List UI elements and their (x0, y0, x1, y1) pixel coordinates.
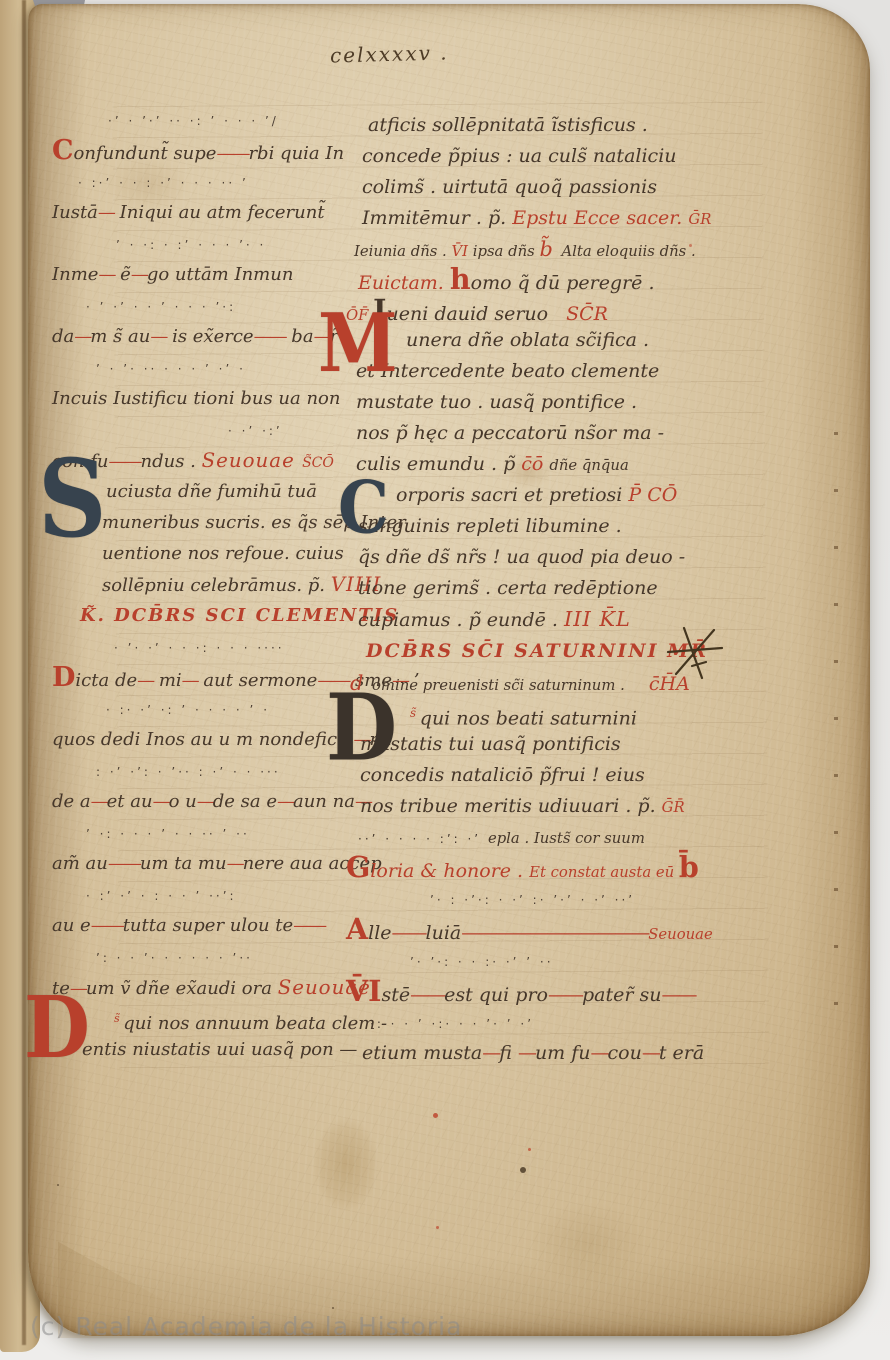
neume-line: · :’ ·’ · : · · ’ ··’: (52, 879, 382, 910)
body-text: mustate tuo . uasq̃ pontifice . (356, 391, 637, 413)
neume-glyphs: · ’· ·’ · · ·: · · · ···· (114, 641, 285, 655)
body-text: de a (52, 791, 91, 812)
text-line: concede p̃pius : ua culs̃ nataliciu (346, 141, 696, 172)
text-line: culis emundu . p̃ c̄ō dñe q̄nq̄ua (346, 449, 696, 480)
rubric-text: — (277, 791, 293, 812)
text-line: de a—et au—o u—de sa e—aun na— (52, 786, 382, 817)
neume-line: ’ ·: · · · ’ · · ·· ’ ·· (52, 817, 382, 848)
text-line: te—um ṽ dñe ex̃audi ora Seuouae (52, 972, 382, 1003)
body-text: Incuis Iustificu tioni bus ua non (52, 388, 340, 409)
body-text: am̃ au (52, 853, 108, 874)
rubric-text: SC̄R (566, 303, 608, 325)
body-text: dñe q̄nq̄ua (549, 457, 628, 474)
body-text: icta de (75, 670, 137, 691)
rubric-text: — (182, 670, 198, 691)
rubric-text: ḠR̄ (662, 799, 685, 816)
illuminated-initial-C: C (338, 479, 389, 540)
body-text: ··’ · · · · :’: ·’ (358, 832, 488, 846)
text-line: atficis sollēpnitatā ĩstisficus . (346, 110, 696, 141)
text-line: mustatis tui uasq̃ pontificis (346, 729, 696, 760)
text-line: orporis sacri et pretiosi P̄ CŌ (346, 480, 696, 511)
body-text: q̃s dñe ds̃ nr̃s ! ua quod pia deuo - (358, 546, 685, 568)
rubric-text: Seuouae (648, 926, 713, 943)
body-text: Alta eloquiis dñs . (561, 243, 695, 260)
body-text: ba (286, 326, 314, 347)
body-text: cou (608, 1042, 642, 1064)
text-line: Gloria & honore . Et constat austa eū b… (346, 852, 696, 883)
rubric-text: — (131, 264, 147, 285)
rubric-text: Seuouae (202, 449, 302, 472)
body-text: uentione nos refoue. cuius (102, 543, 344, 564)
copyright-watermark: (c) Real Academia de la Historia (30, 1312, 462, 1341)
body-text: ipsa dñs (473, 243, 540, 260)
body-text: mi (153, 670, 182, 691)
text-line: DCB̄RS SC̄I SATURNINI MR̄ (346, 635, 696, 668)
body-text: um fu (535, 1042, 591, 1064)
text-column-left: ·’ · ’·’ ·· ·: ’ · · · ’/Confundunt̃ sup… (52, 104, 382, 1065)
rubric-text: —— (91, 915, 123, 936)
body-text: is ex̃erce (166, 326, 253, 347)
neume-glyphs: ’· ’·: · · :· ·’ ’ ·· (410, 955, 554, 969)
text-line: am̃ au——um ta mu—nere aua accep (52, 848, 382, 879)
neume-glyphs: · ’ ·’ · · ’ · · · ’·: (86, 300, 236, 314)
text-line: ŌF̄ Iueni dauid seruoSC̄R (346, 295, 696, 325)
rubric-text: A (346, 912, 368, 946)
rubric-text: —— (548, 984, 582, 1006)
rubric-text: s̃ (114, 1012, 123, 1025)
text-line: s̃ qui nos beati saturnini (346, 698, 696, 729)
body-text: et Intercedente beato clemente (356, 360, 659, 382)
body-text: colims̃ . uirtutā quoq̃ passionis (362, 176, 657, 198)
text-line: et Intercedente beato clemente (346, 356, 696, 387)
neume-glyphs: ’· : ·’·: · ·’ :· ’·’ · ·’ ··’ (430, 893, 635, 907)
text-line: Euictam. homo q̃ dū peregrē . (346, 264, 696, 295)
body-text: Ieiunia dñs . (354, 243, 447, 260)
rubric-text: ——————————— (461, 922, 648, 944)
text-line: nos p̃ hęc a peccatorū ns̃or ma - (346, 418, 696, 449)
body-text: ueni dauid seruo (386, 303, 548, 325)
rubric-text: loria & honore . (370, 860, 529, 882)
body-text: um ta mu (140, 853, 227, 874)
body-text: Immitēmur . p̃. (362, 207, 512, 229)
body-text: concedis nataliciō p̃frui ! eius (360, 764, 645, 786)
body-text: omine preuenisti sc̃i saturninum . (372, 677, 625, 694)
neume-glyphs: · ·’ ·:’ (228, 424, 283, 438)
text-line: Inme— ẽ—go uttām Inmun (52, 259, 382, 290)
text-line: cupiamus . p̃ eundē . III K̄L (346, 604, 696, 635)
body-text: atficis sollēpnitatā ĩstisficus . (368, 114, 648, 136)
body-text: tutta super ulou te (123, 915, 293, 936)
body-text: um ṽ dñe ex̃audi ora (86, 978, 278, 999)
body-text: stē (381, 984, 410, 1006)
body-text: et au (107, 791, 153, 812)
rubric-text: — (153, 791, 169, 812)
neume-glyphs: · :·’ · · : ·’ · · · ·· ’ (78, 176, 249, 190)
body-text: onfundunt̃ supe (74, 143, 217, 164)
rubric-text: P̄ CŌ (628, 484, 677, 506)
body-text: rbi quia In (248, 143, 344, 164)
text-line: Alle——luiā———————————Seuouae (346, 914, 696, 945)
illuminated-initial-S: S (38, 455, 107, 545)
body-text: nos tribue meritis udiuuari . p̃. (360, 795, 662, 817)
body-text: quos dedi Inos au u m nondeficie (52, 729, 353, 750)
text-column-right: atficis sollēpnitatā ĩstisficus .conc… (346, 110, 696, 1069)
rubric-text: — (591, 1042, 608, 1064)
body-text: t erā (659, 1042, 704, 1064)
body-text: tione gerims̃ . certa redēptione (358, 577, 658, 599)
text-line: Ieiunia dñs . V̄I ipsa dñs b̃ Alta eloqu… (346, 234, 696, 264)
illuminated-initial-D-left: D (24, 992, 90, 1064)
rubric-text: Et constat austa eū (529, 864, 679, 881)
rubric-text: — (98, 202, 114, 223)
body-text: qui nos beati saturnini (420, 707, 637, 729)
text-line: Confundunt̃ supe——rbi quia In (52, 135, 382, 166)
body-text: au e (52, 915, 91, 936)
rubric-text: — (482, 1042, 499, 1064)
neume-line: ’· ’·: · · :· ·’ ’ ·· (346, 945, 696, 976)
dark-specks (520, 1167, 526, 1173)
rubric-text: D (52, 662, 75, 693)
neume-line: ·’ · ’·’ ·· ·: ’ · · · ’/ (52, 104, 382, 135)
rubric-text: b̄ (679, 850, 699, 884)
body-text: da (52, 326, 74, 347)
rubric-text: —— (293, 915, 325, 936)
body-text: entis niustatis uui uasq̃ pon — (82, 1039, 357, 1060)
neume-line: ·: · · ’ ·:· · · ’· ’ ·’ (346, 1007, 696, 1038)
body-text: etium musta (362, 1042, 482, 1064)
body-text: unera dñe oblata sc̃ifica . (406, 329, 649, 351)
body-text: Inme (52, 264, 98, 285)
text-line: V̄Istē——est qui pro——pater̃ su—— (346, 976, 696, 1007)
body-text: m s̃ au (90, 326, 150, 347)
body-text: luiā (426, 922, 462, 944)
neume-glyphs: ’ · ·: · :’ · · · ’· · (116, 238, 266, 252)
manuscript-photo: celxxxxv . (c) Real Academia de la Histo… (0, 0, 890, 1360)
text-line: concedis nataliciō p̃frui ! eius (346, 760, 696, 791)
pricking-holes (834, 432, 838, 1052)
rubric-text: —— (392, 922, 426, 944)
body-text: cupiamus . p̃ eundē . (358, 609, 564, 631)
neume-glyphs: · :· ·’ ·: ’ · · · · ’ · (106, 703, 270, 717)
body-text: epla . Iusts̃ cor suum (488, 830, 645, 847)
body-text: o u (169, 791, 197, 812)
body-text: sanguinis repleti libumine . (358, 515, 622, 537)
neume-line: ’· : ·’·: · ·’ :· ’·’ · ·’ ··’ (346, 883, 696, 914)
rubric-text: — (518, 1042, 535, 1064)
text-line: unera dñe oblata sc̃ifica . (346, 325, 696, 356)
neume-glyphs: ’ · ’· ·· · · · ’ ·’ · (96, 362, 246, 376)
text-line: colims̃ . uirtutā quoq̃ passionis (346, 172, 696, 203)
neume-line: · ’· ·’ · · ·: · · · ···· (52, 631, 382, 662)
text-line: entis niustatis uui uasq̃ pon — (52, 1034, 382, 1065)
rubric-text: DCB̄RS SC̄I SATURNINI MR̄ (366, 640, 708, 662)
neume-glyphs: ’: · · ’· · · · · · ’·· (96, 951, 253, 965)
text-line: ··’ · · · · :’: ·’ epla . Iusts̃ cor suu… (346, 822, 696, 852)
text-line: q̃s dñe ds̃ nr̃s ! ua quod pia deuo - (346, 542, 696, 573)
rubric-text: — (642, 1042, 659, 1064)
rubric-text: c̄ō (521, 453, 549, 475)
rubric-text: — (150, 326, 166, 347)
rubric-text: —— (410, 984, 444, 1006)
body-text: fi (499, 1042, 518, 1064)
text-line: d omine preuenisti sc̃i saturninum . c̄H… (346, 668, 696, 698)
text-line: sanguinis repleti libumine . (346, 511, 696, 542)
text-line: Iustā— Iniqui au atm fecerunt̃ (52, 197, 382, 228)
rubric-text: Epstu Ecce sacer. (512, 207, 688, 229)
neume-line: ’: · · ’· · · · · · ’·· (52, 941, 382, 972)
body-text: aut sermone (198, 670, 318, 691)
rubric-text: C (52, 135, 74, 166)
body-text: sollēpniu celebrāmus. p̃. (102, 575, 331, 596)
rubric-text: —— (109, 451, 141, 472)
rubric-text: — (74, 326, 90, 347)
body-text: orporis sacri et pretiosi (396, 484, 628, 506)
body-text: Iniqui au atm fecerunt̃ (114, 202, 325, 223)
rubric-text: — (91, 791, 107, 812)
rubric-text: V̄I (447, 243, 473, 260)
rubric-text: —— (216, 143, 248, 164)
gutter-crease (22, 0, 26, 1345)
body-text: mustatis tui uasq̃ pontificis (360, 733, 621, 755)
rubric-text: G (346, 850, 370, 884)
text-line: mustate tuo . uasq̃ pontifice . (346, 387, 696, 418)
text-line: sollēpniu celebrāmus. p̃. VIIII (52, 569, 382, 600)
text-line: Immitēmur . p̃. Epstu Ecce sacer. ḠR (346, 203, 696, 234)
illuminated-initial-M: M (318, 308, 398, 377)
asterisk-mark (662, 622, 728, 688)
neume-glyphs: ·: · · ’ ·:· · · ’· ’ ·’ (370, 1017, 534, 1031)
text-line: K̃. DCB̄RS SCI CLEMENTIS (52, 600, 382, 631)
text-line: au e——tutta super ulou te—— (52, 910, 382, 941)
rubric-text: — (137, 670, 153, 691)
text-line: nos tribue meritis udiuuari . p̃. ḠR̄ (346, 791, 696, 822)
body-text: go uttām Inmun (147, 264, 294, 285)
body-text: nos p̃ hęc a peccatorū ns̃or ma - (356, 422, 664, 444)
body-text: ẽ (114, 264, 130, 285)
illuminated-initial-D-right: D (326, 690, 397, 768)
text-line: s̃ qui nos annuum beata clem - (52, 1003, 382, 1034)
text-line: etium musta—fi —um fu—cou—t erā (346, 1038, 696, 1069)
body-text: pater̃ su (582, 984, 661, 1006)
red-ink-specks (433, 1113, 438, 1118)
body-text: ndus . (141, 451, 202, 472)
rubric-text: S̃CŌ (302, 455, 334, 471)
rubric-text: Euictam. (358, 272, 450, 294)
rubric-text: III K̄L (564, 607, 631, 631)
rubric-text: — (98, 264, 114, 285)
body-text: est qui pro (444, 984, 548, 1006)
neume-glyphs: ·’ · ’·’ ·· ·: ’ · · · ’/ (108, 114, 279, 128)
rubric-text: — (197, 791, 213, 812)
neume-glyphs: : ·’ ·’: · ’·· : ·’ · · ··· (96, 765, 281, 779)
rubric-text: —— (108, 853, 140, 874)
body-text: uciusta dñe fumihū tuā (106, 481, 317, 502)
text-line: tione gerims̃ . certa redēptione (346, 573, 696, 604)
body-text: concede p̃pius : ua culs̃ nataliciu (362, 145, 677, 167)
neume-glyphs: · :’ ·’ · : · · ’ ··’: (86, 889, 237, 903)
rubric-text: —— (661, 984, 695, 1006)
neume-glyphs: ’ ·: · · · ’ · · ·· ’ ·· (86, 827, 250, 841)
folio-number: celxxxxv . (330, 40, 449, 67)
rubric-text: —— (254, 326, 286, 347)
neume-line: · :·’ · · : ·’ · · · ·· ’ (52, 166, 382, 197)
body-text: omo q̃ dū peregrē . (471, 272, 655, 294)
body-text: de sa e (213, 791, 277, 812)
rubric-text: ḠR (688, 211, 711, 228)
rubric-text: b̃ (539, 237, 561, 261)
rubric-text: h (450, 262, 471, 296)
body-text: lle (368, 922, 391, 944)
rubric-text: V̄I (346, 974, 381, 1008)
body-text: Iustā (52, 202, 98, 223)
neume-line: ’ · ·: · :’ · · · ’· · (52, 228, 382, 259)
rubric-text: — (227, 853, 243, 874)
rubric-text: s̃ (410, 706, 420, 720)
